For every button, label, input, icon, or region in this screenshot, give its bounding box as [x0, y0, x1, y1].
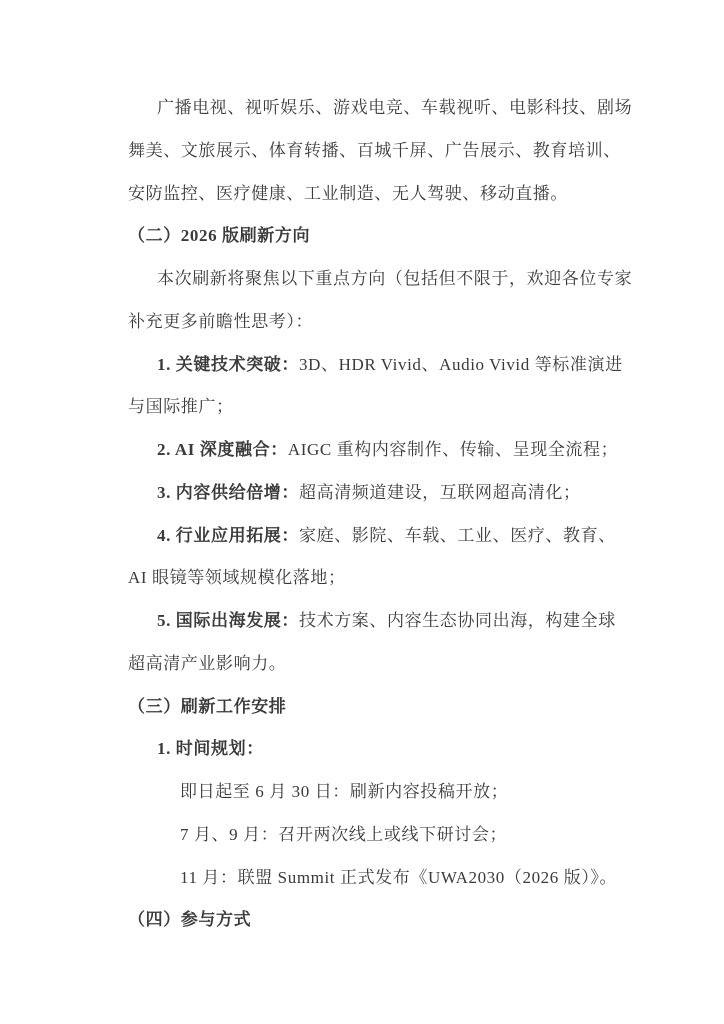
- list-item-3-text: 超高清频道建设，互联网超高清化；: [299, 483, 581, 502]
- list-item-5-line1: 5. 国际出海发展：技术方案、内容生态协同出海，构建全球: [128, 600, 648, 643]
- list-item-5-label: 5. 国际出海发展：: [157, 611, 299, 630]
- list-item-1-text: 3D、HDR Vivid、Audio Vivid 等标准演进: [299, 355, 623, 374]
- heading-section-2: （二）2026 版刷新方向: [128, 215, 648, 258]
- heading-section-3: （三）刷新工作安排: [128, 686, 648, 729]
- paragraph-text: 补充更多前瞻性思考）：: [128, 312, 313, 331]
- subheading-timeline: 1. 时间规划：: [128, 728, 648, 771]
- paragraph-industries-line1: 广播电视、视听娱乐、游戏电竞、车载视听、电影科技、剧场: [128, 87, 648, 130]
- heading-text: （三）刷新工作安排: [128, 697, 286, 716]
- document-body: 广播电视、视听娱乐、游戏电竞、车载视听、电影科技、剧场 舞美、文旅展示、体育转播…: [128, 87, 648, 942]
- subheading-text: 1. 时间规划：: [157, 739, 264, 758]
- list-item-4-line2: AI 眼镜等领域规模化落地；: [128, 557, 648, 600]
- paragraph-refresh-focus-line2: 补充更多前瞻性思考）：: [128, 301, 648, 344]
- paragraph-text: 安防监控、医疗健康、工业制造、无人驾驶、移动直播。: [128, 184, 568, 203]
- list-item-1-label: 1. 关键技术突破：: [157, 355, 299, 374]
- list-item-1-line1: 1. 关键技术突破：3D、HDR Vivid、Audio Vivid 等标准演进: [128, 344, 648, 387]
- paragraph-text: 广播电视、视听娱乐、游戏电竞、车载视听、电影科技、剧场: [157, 98, 632, 117]
- list-item-5-text: 技术方案、内容生态协同出海，构建全球: [299, 611, 616, 630]
- list-item-2-label: 2. AI 深度融合：: [157, 440, 288, 459]
- list-item-2: 2. AI 深度融合：AIGC 重构内容制作、传输、呈现全流程；: [128, 429, 648, 472]
- heading-text: （二）2026 版刷新方向: [128, 226, 310, 245]
- list-item-3: 3. 内容供给倍增：超高清频道建设，互联网超高清化；: [128, 472, 648, 515]
- list-item-4-line1: 4. 行业应用拓展：家庭、影院、车载、工业、医疗、教育、: [128, 515, 648, 558]
- list-item-1-text-cont: 与国际推广；: [128, 397, 234, 416]
- heading-text: （四）参与方式: [128, 910, 251, 929]
- paragraph-text: 本次刷新将聚焦以下重点方向（包括但不限于，欢迎各位专家: [157, 269, 632, 288]
- paragraph-industries-line3: 安防监控、医疗健康、工业制造、无人驾驶、移动直播。: [128, 173, 648, 216]
- paragraph-industries-line2: 舞美、文旅展示、体育转播、百城千屏、广告展示、教育培训、: [128, 130, 648, 173]
- timeline-item-2: 7 月、9 月：召开两次线上或线下研讨会；: [128, 814, 648, 857]
- list-item-3-label: 3. 内容供给倍增：: [157, 483, 299, 502]
- page: { "page": { "background": "#ffffff", "te…: [0, 0, 724, 1024]
- timeline-item-text: 7 月、9 月：召开两次线上或线下研讨会；: [180, 825, 507, 844]
- list-item-5-line2: 超高清产业影响力。: [128, 643, 648, 686]
- list-item-1-line2: 与国际推广；: [128, 386, 648, 429]
- list-item-4-text: 家庭、影院、车载、工业、医疗、教育、: [299, 526, 616, 545]
- list-item-2-text: AIGC 重构内容制作、传输、呈现全流程；: [288, 440, 618, 459]
- timeline-item-text: 11 月：联盟 Summit 正式发布《UWA2030（2026 版）》。: [180, 868, 617, 887]
- list-item-4-label: 4. 行业应用拓展：: [157, 526, 299, 545]
- list-item-5-text-cont: 超高清产业影响力。: [128, 654, 286, 673]
- paragraph-text: 舞美、文旅展示、体育转播、百城千屏、广告展示、教育培训、: [128, 141, 621, 160]
- paragraph-refresh-focus-line1: 本次刷新将聚焦以下重点方向（包括但不限于，欢迎各位专家: [128, 258, 648, 301]
- list-item-4-text-cont: AI 眼镜等领域规模化落地；: [128, 568, 346, 587]
- timeline-item-text: 即日起至 6 月 30 日：刷新内容投稿开放；: [180, 782, 508, 801]
- heading-section-4: （四）参与方式: [128, 899, 648, 942]
- timeline-item-3: 11 月：联盟 Summit 正式发布《UWA2030（2026 版）》。: [128, 857, 648, 900]
- timeline-item-1: 即日起至 6 月 30 日：刷新内容投稿开放；: [128, 771, 648, 814]
